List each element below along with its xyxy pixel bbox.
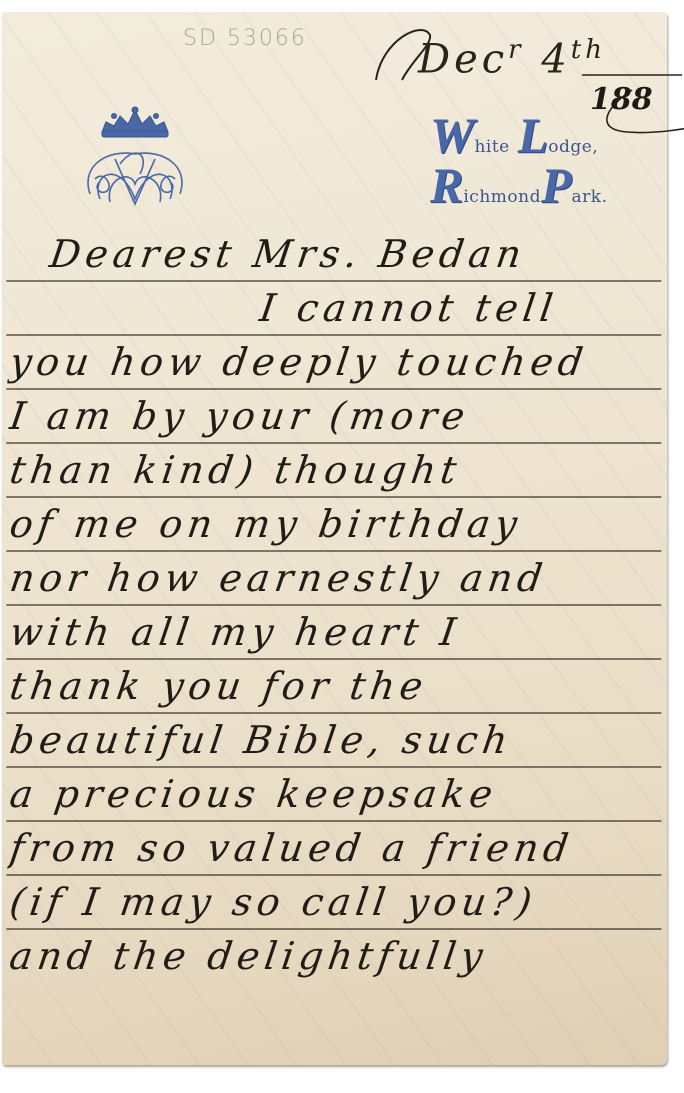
letterhead-cap-r: R	[430, 160, 463, 210]
body-line: of me on my birthday	[6, 498, 669, 552]
body-line: and the delightfully	[6, 930, 668, 982]
letterhead-park: ark.	[572, 187, 608, 207]
letter-body: Dearest Mrs. Bedan I cannot tell you how…	[10, 228, 665, 982]
body-line: (if I may so call you?)	[6, 876, 669, 930]
body-line: with all my heart I	[6, 606, 669, 660]
body-line: than kind) thought	[6, 444, 669, 498]
letterhead-lodge: odge,	[548, 137, 598, 157]
date-month: Dec	[418, 36, 508, 82]
letterhead-line-2: R ichmond P ark.	[430, 160, 630, 204]
body-line: beautiful Bible, such	[6, 714, 669, 768]
body-line: you how deeply touched	[6, 336, 669, 390]
body-line: from so valued a friend	[6, 822, 669, 876]
letterhead-cap-w: W	[430, 110, 474, 160]
letterhead-richmond: ichmond	[463, 187, 541, 207]
body-line: thank you for the	[6, 660, 669, 714]
body-line: a precious keepsake	[6, 768, 669, 822]
salutation-line: Dearest Mrs. Bedan	[6, 228, 669, 282]
body-line: I am by your (more	[6, 390, 669, 444]
letterhead-white: hite	[474, 137, 509, 157]
date-day: 4	[541, 36, 570, 82]
date-day-suffix: th	[571, 35, 606, 65]
letterhead-cap-l: L	[518, 110, 549, 160]
body-line: I cannot tell	[6, 282, 669, 336]
letter-date: Decr 4th	[418, 35, 606, 82]
body-line: nor how earnestly and	[6, 552, 669, 606]
coronet-monogram-icon	[80, 104, 190, 209]
catalog-mark: SD 53066	[183, 26, 307, 51]
date-month-suffix: r	[508, 35, 524, 65]
letterhead-address: W hite L odge, R ichmond P ark.	[430, 110, 630, 204]
letterhead-cap-p: P	[541, 160, 572, 210]
letterhead-line-1: W hite L odge,	[430, 110, 630, 154]
